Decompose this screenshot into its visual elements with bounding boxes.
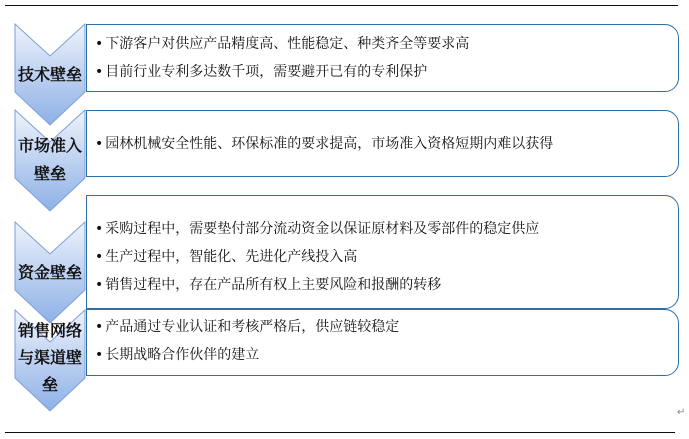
list-item: 生产过程中，智能化、先进化产线投入高: [95, 250, 539, 264]
sales-channel-barrier-box: 产品通过专业认证和考核严格后，供应链较稳定 长期战略合作伙伴的建立: [86, 309, 679, 376]
capital-barrier-box: 采购过程中，需要垫付部分流动资金以保证原材料及零部件的稳定供应 生产过程中，智能…: [86, 195, 679, 309]
label-line: 市场准入: [13, 134, 87, 158]
paragraph-return-mark: ↵: [677, 407, 685, 418]
capital-barrier-label: 资金壁垒: [13, 261, 87, 285]
tech-barrier-items: 下游客户对供应产品精度高、性能稳定、种类齐全等要求高 目前行业专利多达数千项，需…: [95, 25, 469, 91]
label-line: 与渠道壁: [13, 344, 87, 371]
market-access-barrier-box: 园林机械安全性能、环保标准的要求提高，市场准入资格短期内难以获得: [86, 110, 679, 177]
list-item: 采购过程中，需要垫付部分流动资金以保证原材料及零部件的稳定供应: [95, 222, 539, 236]
sales-channel-barrier-label: 销售网络 与渠道壁 垒: [13, 317, 87, 398]
capital-barrier-items: 采购过程中，需要垫付部分流动资金以保证原材料及零部件的稳定供应 生产过程中，智能…: [95, 206, 539, 308]
market-access-barrier-label: 市场准入 壁垒: [13, 134, 87, 186]
sales-channel-items: 产品通过专业认证和考核严格后，供应链较稳定 长期战略合作伙伴的建立: [95, 306, 399, 375]
tech-barrier-label: 技术壁垒: [13, 63, 87, 87]
label-line: 销售网络: [13, 317, 87, 344]
market-access-items: 园林机械安全性能、环保标准的要求提高，市场准入资格短期内难以获得: [95, 111, 553, 176]
bottom-rule: [5, 432, 675, 433]
label-line: 垒: [13, 371, 87, 398]
label-line: 壁垒: [13, 162, 87, 186]
list-item: 销售过程中，存在产品所有权上主要风险和报酬的转移: [95, 278, 539, 292]
list-item: 目前行业专利多达数千项，需要避开已有的专利保护: [95, 65, 469, 79]
list-item: 长期战略合作伙伴的建立: [95, 348, 399, 362]
list-item: 产品通过专业认证和考核严格后，供应链较稳定: [95, 320, 399, 334]
top-rule: [5, 5, 678, 6]
list-item: 园林机械安全性能、环保标准的要求提高，市场准入资格短期内难以获得: [95, 137, 553, 151]
tech-barrier-box: 下游客户对供应产品精度高、性能稳定、种类齐全等要求高 目前行业专利多达数千项，需…: [86, 24, 679, 92]
list-item: 下游客户对供应产品精度高、性能稳定、种类齐全等要求高: [95, 37, 469, 51]
